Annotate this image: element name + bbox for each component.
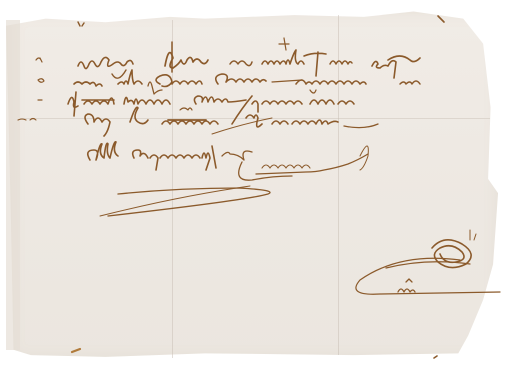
margin-marks [18, 58, 44, 120]
handwriting-layer [0, 0, 510, 371]
text-line-2 [74, 70, 420, 87]
text-line-5 [88, 142, 252, 170]
text-line-3 [68, 82, 354, 116]
paper-specks [72, 16, 444, 358]
text-line-1 [78, 38, 420, 78]
rubric-flourish [356, 230, 500, 294]
